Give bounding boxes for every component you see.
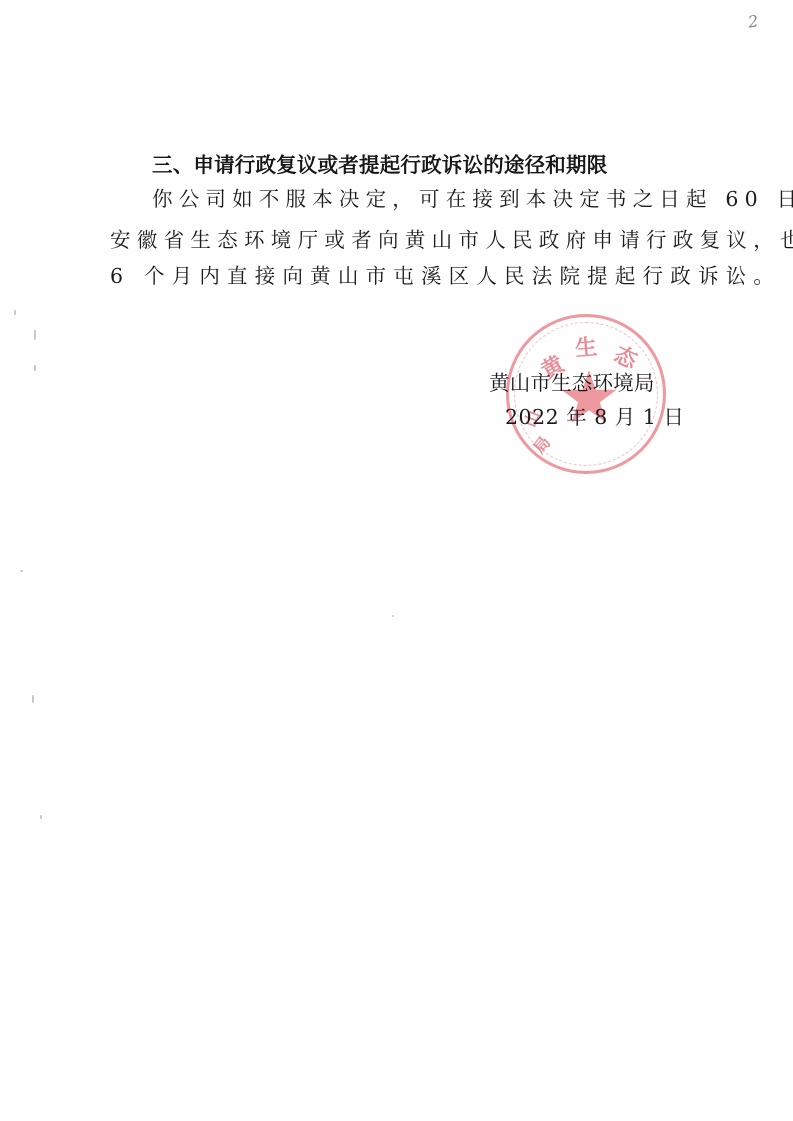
scan-artifact <box>34 330 36 340</box>
body-paragraph-line: 安徽省生态环境厅或者向黄山市人民政府申请行政复议，也可在 <box>110 223 793 253</box>
issue-date: 2022 年 8 月 1 日 <box>505 400 684 430</box>
scan-artifact <box>14 310 16 315</box>
body-paragraph-line: 你公司如不服本决定，可在接到本决定书之日起 60 日内向 <box>152 182 793 212</box>
scan-artifact <box>32 695 34 703</box>
handwritten-page-number: 2 <box>747 11 760 31</box>
seal-char: 生 <box>574 330 599 363</box>
issuer-signature: 黄山市生态环境局 <box>489 366 655 396</box>
scan-artifact <box>20 570 23 572</box>
scan-artifact <box>392 615 394 617</box>
scan-artifact <box>34 365 36 371</box>
scan-artifact <box>40 815 42 819</box>
document-page: 2 三、申请行政复议或者提起行政诉讼的途径和期限 你公司如不服本决定，可在接到本… <box>0 0 793 1121</box>
body-paragraph-line: 6 个月内直接向黄山市屯溪区人民法院提起行政诉讼。 <box>110 259 781 289</box>
section-heading: 三、申请行政复议或者提起行政诉讼的途径和期限 <box>152 148 607 178</box>
